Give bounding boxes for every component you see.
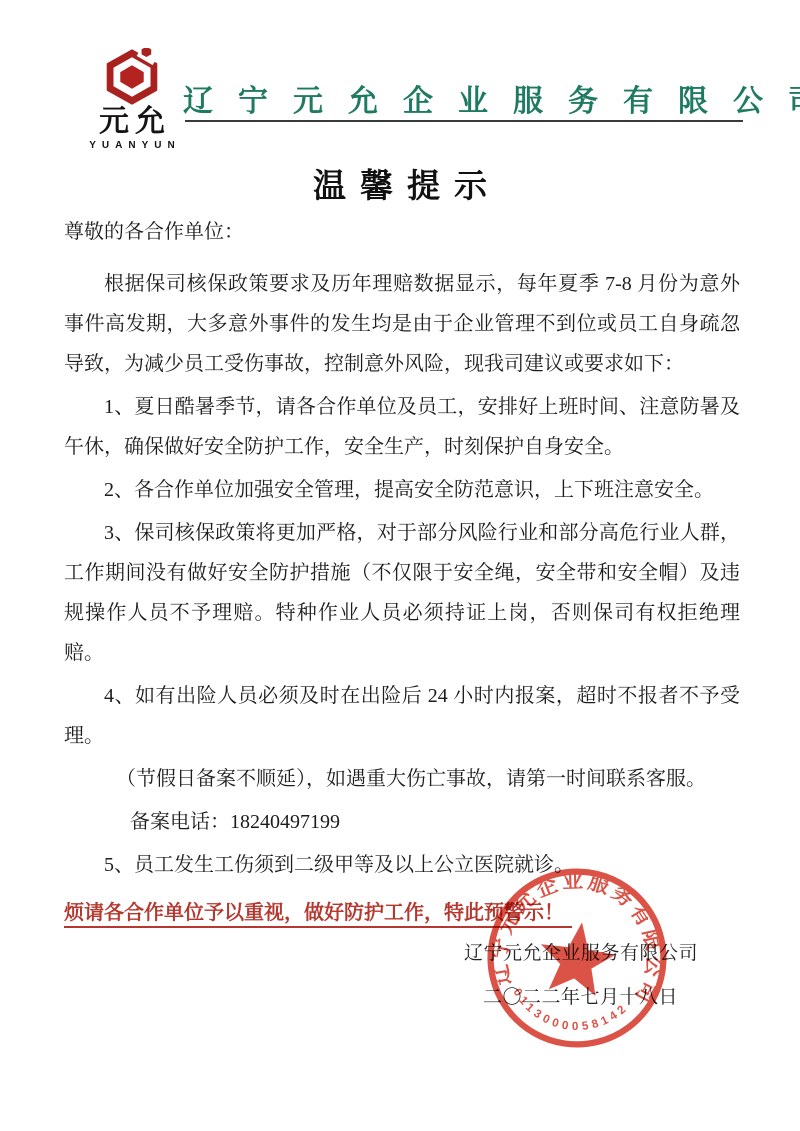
logo-brand-cn: 元允 [72, 107, 192, 137]
seal-serial-number: 0113000058142 [506, 985, 632, 1041]
list-item-2: 2、各合作单位加强安全管理，提高安全防范意识，上下班注意安全。 [64, 470, 740, 510]
intro-paragraph: 根据保司核保政策要求及历年理赔数据显示，每年夏季 7-8 月份为意外事件高发期，… [64, 264, 740, 384]
document-page: 元允 YUANYUN 辽宁元允企业服务有限公司 温馨提示 尊敬的各合作单位： 根… [0, 0, 800, 1131]
list-item-4: 4、如有出险人员必须及时在出险后 24 小时内报案，超时不报者不予受理。 [64, 676, 740, 756]
company-logo: 元允 YUANYUN [72, 48, 192, 151]
item-4-note: （节假日备案不顺延），如遇重大伤亡事故，请第一时间联系客服。 [64, 759, 740, 799]
page-title: 温馨提示 [0, 160, 800, 207]
company-seal-stamp: 辽宁元允企业服务有限公司 0113000058142 [487, 868, 667, 1048]
company-name-heading: 辽宁元允企业服务有限公司 [183, 76, 743, 120]
list-item-1: 1、夏日酷暑季节，请各合作单位及员工，安排好上班时间、注意防暑及午休，确保做好安… [64, 387, 740, 467]
filing-phone: 备案电话：18240497199 [64, 802, 740, 842]
svg-text:0113000058142: 0113000058142 [506, 985, 632, 1041]
yuanyun-hexagon-logo-icon [101, 48, 163, 106]
list-item-3: 3、保司核保政策将更加严格，对于部分风险行业和部分高危行业人群，工作期间没有做好… [64, 513, 740, 673]
logo-brand-en: YUANYUN [72, 140, 192, 151]
seal-star-icon [535, 917, 619, 998]
header-divider [185, 120, 743, 122]
salutation: 尊敬的各合作单位： [64, 212, 740, 252]
document-body: 尊敬的各合作单位： 根据保司核保政策要求及历年理赔数据显示，每年夏季 7-8 月… [64, 212, 740, 933]
